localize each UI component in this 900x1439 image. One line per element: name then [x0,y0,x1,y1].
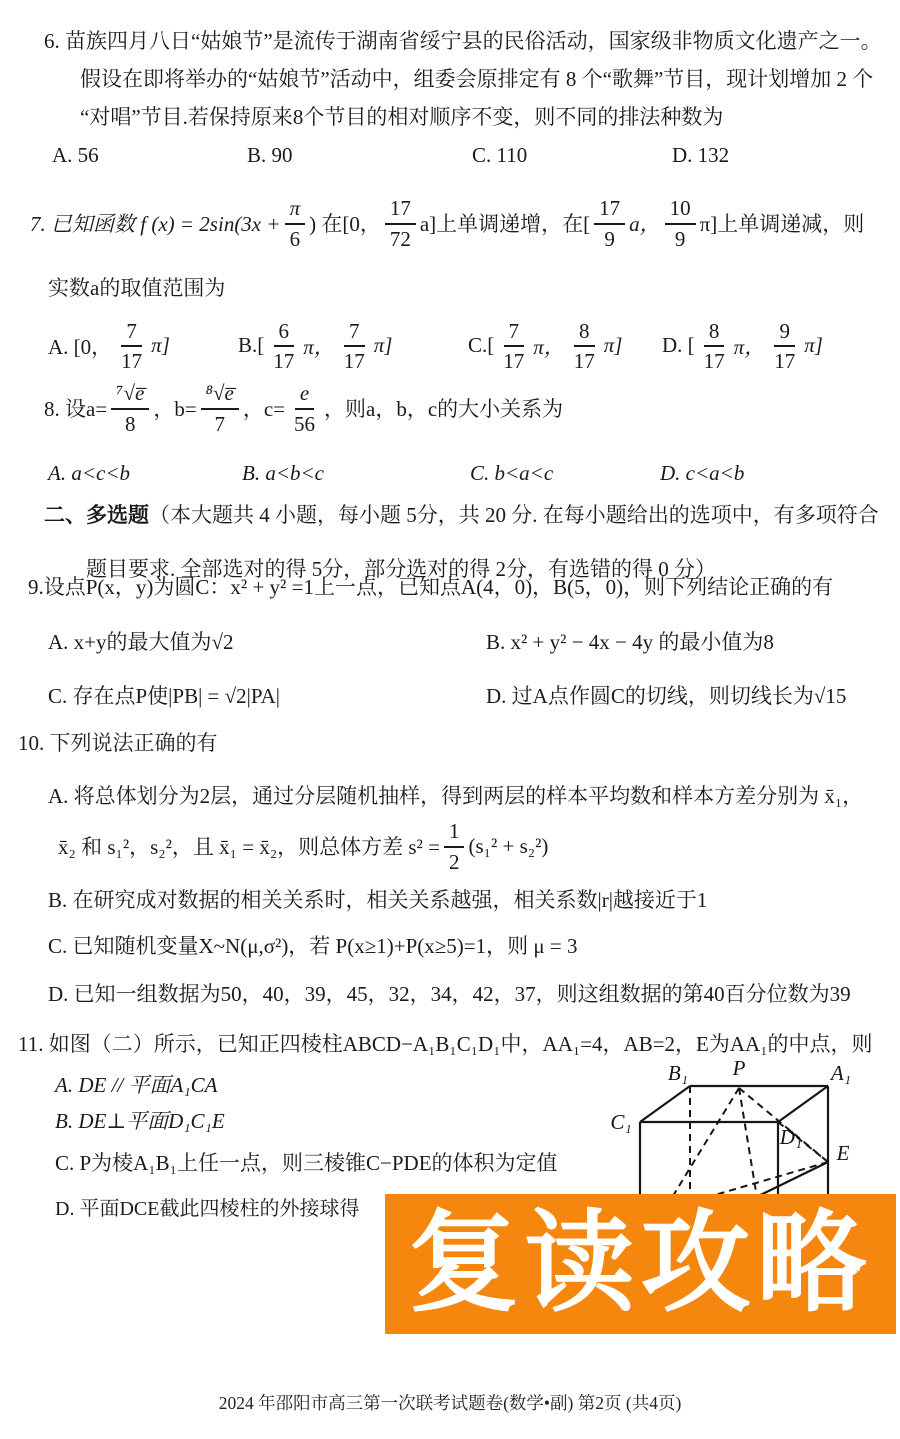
q7-option-b: B.[ 617 π， 717 π] [238,318,468,373]
q8-option-a: A. a<c<b [48,454,242,492]
q10-stem: 10. 下列说法正确的有 [18,726,886,760]
sec2-title: 二、多选题 [44,503,149,527]
q8-option-d: D. c<a<b [660,454,886,492]
figure-2-prism: B₁ P A₁ C₁ D₁ E [598,1046,900,1204]
q8-stem-part1: 8. 设a= [44,393,107,423]
q7-options: A. [0， 717 π] B.[ 617 π， 717 π] C.[ 717 … [30,318,886,373]
q6-stem-line2: 假设在即将举办的“姑娘节”活动中，组委会原排定有 8 个“歌舞”节目，现计划增加… [44,60,880,98]
q9-options: A. x+y的最大值为√2 B. x² + y² − 4x − 4y 的最小值为… [28,626,886,712]
q6-stem-line3: “对唱”节目.若保持原来8个节目的相对顺序不变，则不同的排法种数为 [44,98,880,136]
q8-stem: 8. 设a= ⁷√e̅ 8 ，b= ⁸√e̅ 7 ，c= e 56 ，则a，b，… [44,366,886,450]
q10-a2-pre: x̄₂ 和 s₁²，s₂²，且 x̄₁ = x̄₂，则总体方差 s² = [58,831,440,861]
question-7: 7. 已知函数 f (x) = 2sin(3x + π 6 ) 在[0， 17 … [30,184,886,373]
watermark-text: 复读攻略 [409,1209,873,1319]
q7-stem-part2: ) 在[0， [309,208,381,238]
question-8: 8. 设a= ⁷√e̅ 8 ，b= ⁸√e̅ 7 ，c= e 56 ，则a，b，… [44,366,886,492]
prism-vertex-labels: B₁ P A₁ C₁ D₁ E [610,1056,851,1165]
q10-option-b: B. 在研究成对数据的相关关系时，相关关系越强，相关系数|r|越接近于1 [18,884,886,916]
q7-frac-17-72: 17 72 [385,195,416,250]
fig-label-d1: D₁ [779,1125,802,1149]
q7-stem-part3: a]上单调递增，在[ [420,208,590,238]
q8-stem-part3: ，c= [243,393,285,423]
q7-stem-part1: 7. 已知函数 f (x) = 2sin(3x + [30,208,281,238]
q6-option-c: C. 110 [472,136,672,174]
q7-option-a: A. [0， 717 π] [48,318,238,373]
q8-frac-e-56: e 56 [289,380,320,435]
q10-option-d: D. 已知一组数据为50，40，39，45，32，34，42，37，则这组数据的… [18,978,886,1010]
q8-option-b: B. a<b<c [242,454,470,492]
q8-frac-8th-root-e-7: ⁸√e̅ 7 [201,380,239,435]
q9-option-d: D. 过A点作圆C的切线，则切线长为√15 [486,680,886,712]
q7-stem: 7. 已知函数 f (x) = 2sin(3x + π 6 ) 在[0， 17 … [30,184,886,262]
q10-option-a-line2: x̄₂ 和 s₁²，s₂²，且 x̄₁ = x̄₂，则总体方差 s² = 1 2… [18,820,886,872]
question-6: 6. 苗族四月八日“姑娘节”是流传于湖南省绥宁县的民俗活动，国家级非物质文化遗产… [44,22,880,174]
q7-option-d: D. [ 817 π， 917 π] [662,318,886,373]
q6-options: A. 56 B. 90 C. 110 D. 132 [44,136,880,174]
question-10: 10. 下列说法正确的有 A. 将总体划分为2层，通过分层随机抽样，得到两层的样… [18,726,886,1010]
q8-options: A. a<c<b B. a<b<c C. b<a<c D. c<a<b [44,454,886,492]
q9-option-c: C. 存在点P使|PB| = √2|PA| [48,680,486,712]
q8-stem-part2: ，b= [153,393,196,423]
sec2-line1: 二、多选题（本大题共 4 小题，每小题 5分，共 20 分. 在每小题给出的选项… [44,498,886,532]
q6-option-b: B. 90 [247,136,472,174]
question-9: 9.设点P(x，y)为圆C：x² + y² =1上一点，已知点A(4，0)，B(… [28,570,886,712]
fig-label-p: P [732,1056,746,1080]
watermark-banner: 复读攻略 [385,1194,896,1334]
q10-frac-1-2: 1 2 [444,818,465,873]
sec2-line1-rest: （本大题共 4 小题，每小题 5分，共 20 分. 在每小题给出的选项中，有多项… [149,503,879,527]
q10-option-a-line1: A. 将总体划分为2层，通过分层随机抽样，得到两层的样本平均数和样本方差分别为 … [18,780,886,812]
q6-option-a: A. 56 [52,136,247,174]
fig-label-e: E [836,1141,850,1165]
q7-frac-pi6: π 6 [285,195,306,250]
q6-stem-line1: 6. 苗族四月八日“姑娘节”是流传于湖南省绥宁县的民俗活动，国家级非物质文化遗产… [44,22,880,60]
q7-stem-part5: π]上单调递减，则 [700,208,865,238]
fig-label-a1: A₁ [829,1061,851,1085]
page-footer: 2024 年邵阳市高三第一次联考试题卷(数学•副) 第2页 (共4页) [0,1390,900,1415]
exam-page: { "q6": { "l1": "6. 苗族四月八日“姑娘节”是流传于湖南省绥宁… [0,0,900,1439]
q8-option-c: C. b<a<c [470,454,660,492]
q6-option-d: D. 132 [672,136,880,174]
q10-a2-post: (s₁² + s₂²) [468,834,548,859]
q7-frac-17-9: 17 9 [594,195,625,250]
q7-frac-10-9: 10 9 [665,195,696,250]
fig-label-b1: B₁ [668,1061,688,1085]
q8-frac-7th-root-e-8: ⁷√e̅ 8 [111,380,149,435]
fig-label-c1: C₁ [610,1110,631,1134]
q7-option-c: C.[ 717 π， 817 π] [468,318,662,373]
q10-option-c: C. 已知随机变量X~N(μ,σ²)，若 P(x≥1)+P(x≥5)=1，则 μ… [18,930,886,962]
q9-stem: 9.设点P(x，y)为圆C：x² + y² =1上一点，已知点A(4，0)，B(… [28,570,886,604]
q7-stem-part4: a， [629,208,661,238]
q9-option-b: B. x² + y² − 4x − 4y 的最小值为8 [486,626,886,658]
q9-option-a: A. x+y的最大值为√2 [48,626,486,658]
q7-stem-line2: 实数a的取值范围为 [30,272,886,304]
q8-stem-part4: ，则a，b，c的大小关系为 [324,393,563,423]
q7-opt-a-frac: 717 [116,318,147,373]
